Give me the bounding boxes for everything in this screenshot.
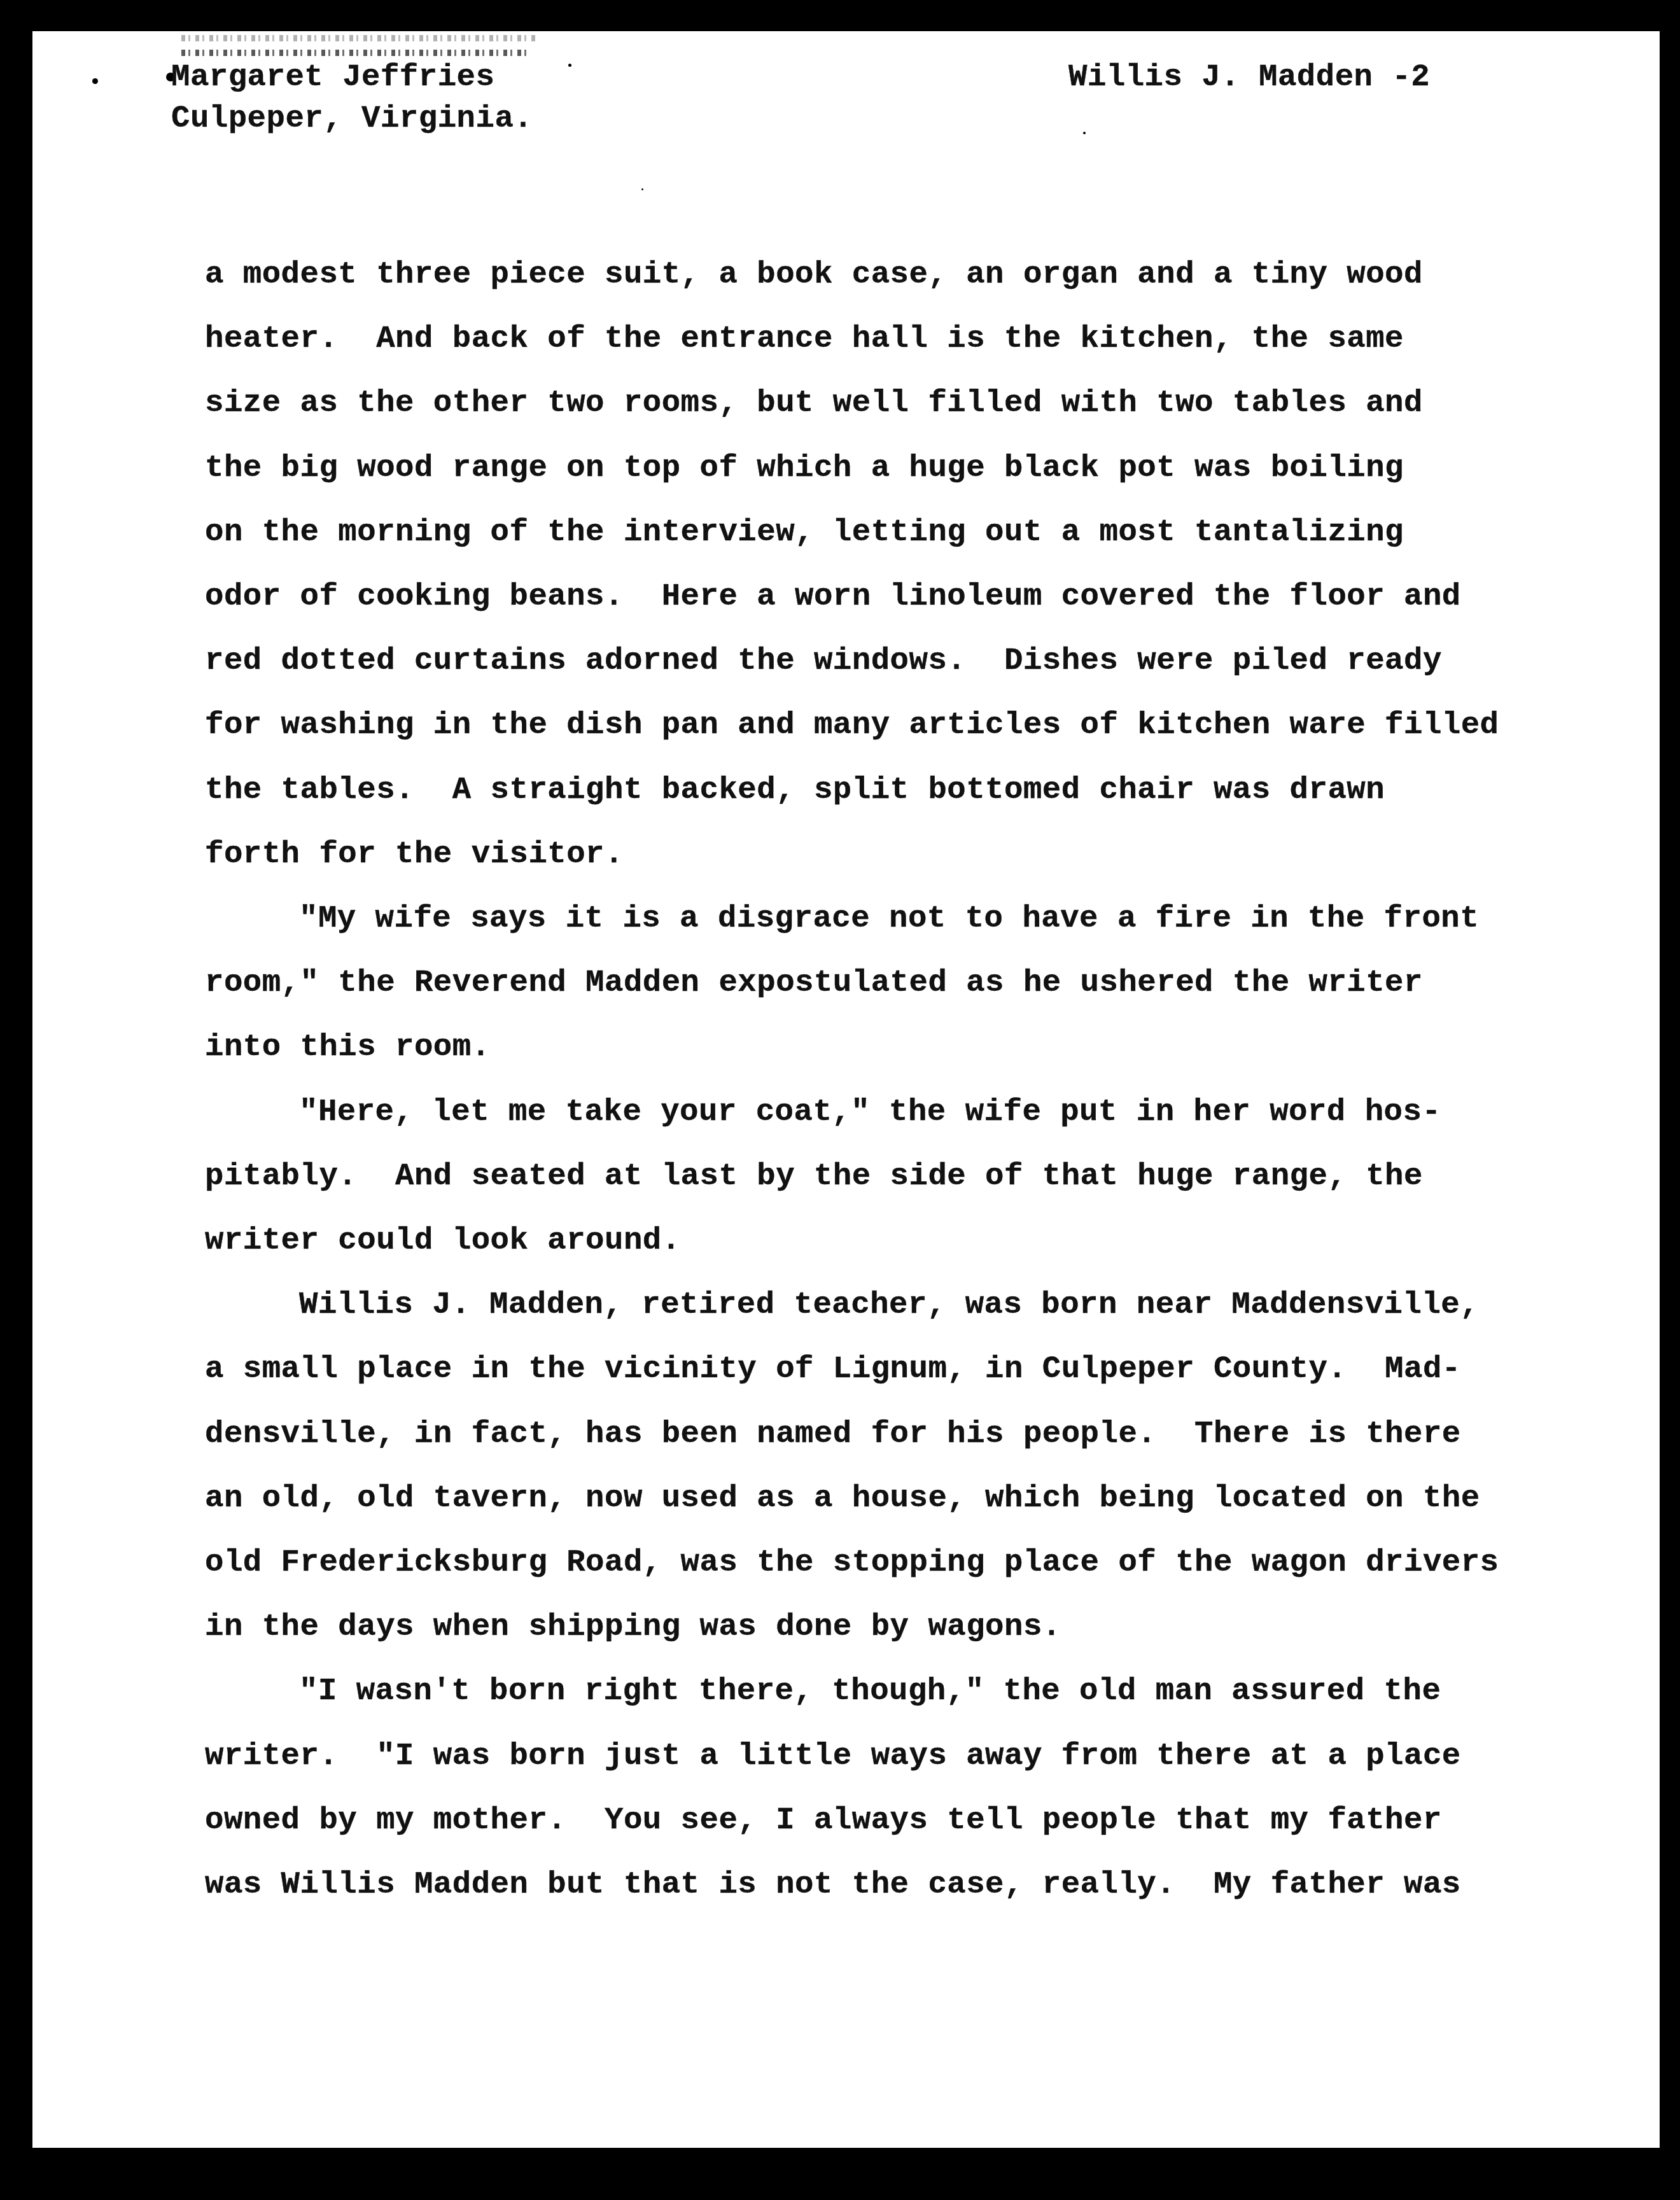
author-location: Culpeper, Virginia. <box>171 101 533 136</box>
text-line: owned by my mother. You see, I always te… <box>205 1802 1442 1838</box>
text-line: was Willis Madden but that is not the ca… <box>205 1867 1461 1902</box>
text-line: room," the Reverend Madden expostulated … <box>205 965 1423 1000</box>
text-line: heater. And back of the entrance hall is… <box>205 321 1404 356</box>
text-line: writer. "I was born just a little ways a… <box>205 1738 1461 1774</box>
text-line: size as the other two rooms, but well fi… <box>205 385 1423 421</box>
page-label: Willis J. Madden -2 <box>1068 59 1430 95</box>
text-line: odor of cooking beans. Here a worn linol… <box>205 578 1461 614</box>
faded-typed-remnant <box>181 35 538 41</box>
author-name: Margaret Jeffries <box>171 59 494 95</box>
text-line: forth for the visitor. <box>205 836 624 872</box>
text-line: for washing in the dish pan and many art… <box>205 707 1499 743</box>
text-line: pitably. And seated at last by the side … <box>205 1158 1423 1194</box>
text-line: an old, old tavern, now used as a house,… <box>205 1480 1480 1516</box>
text-line: red dotted curtains adorned the windows.… <box>205 643 1442 678</box>
text-line: writer could look around. <box>205 1223 681 1258</box>
text-line: the tables. A straight backed, split bot… <box>205 772 1385 808</box>
stray-mark <box>1083 132 1086 134</box>
faded-typed-remnant <box>181 50 531 56</box>
text-line: in the days when shipping was done by wa… <box>205 1609 1061 1644</box>
text-line: Willis J. Madden, retired teacher, was b… <box>205 1287 1479 1322</box>
text-line: "My wife says it is a disgrace not to ha… <box>205 900 1479 936</box>
text-line: "Here, let me take your coat," the wife … <box>205 1094 1441 1130</box>
text-line: into this room. <box>205 1029 491 1065</box>
text-line: a modest three piece suit, a book case, … <box>205 256 1423 292</box>
stray-mark <box>641 188 643 190</box>
text-line: the big wood range on top of which a hug… <box>205 450 1404 486</box>
text-line: densville, in fact, has been named for h… <box>205 1416 1461 1452</box>
stray-mark <box>568 64 571 67</box>
text-line: old Fredericksburg Road, was the stoppin… <box>205 1545 1499 1580</box>
text-line: a small place in the vicinity of Lignum,… <box>205 1351 1461 1387</box>
text-line: on the morning of the interview, letting… <box>205 514 1404 550</box>
stray-mark <box>92 78 98 84</box>
text-line: "I wasn't born right there, though," the… <box>205 1673 1441 1709</box>
